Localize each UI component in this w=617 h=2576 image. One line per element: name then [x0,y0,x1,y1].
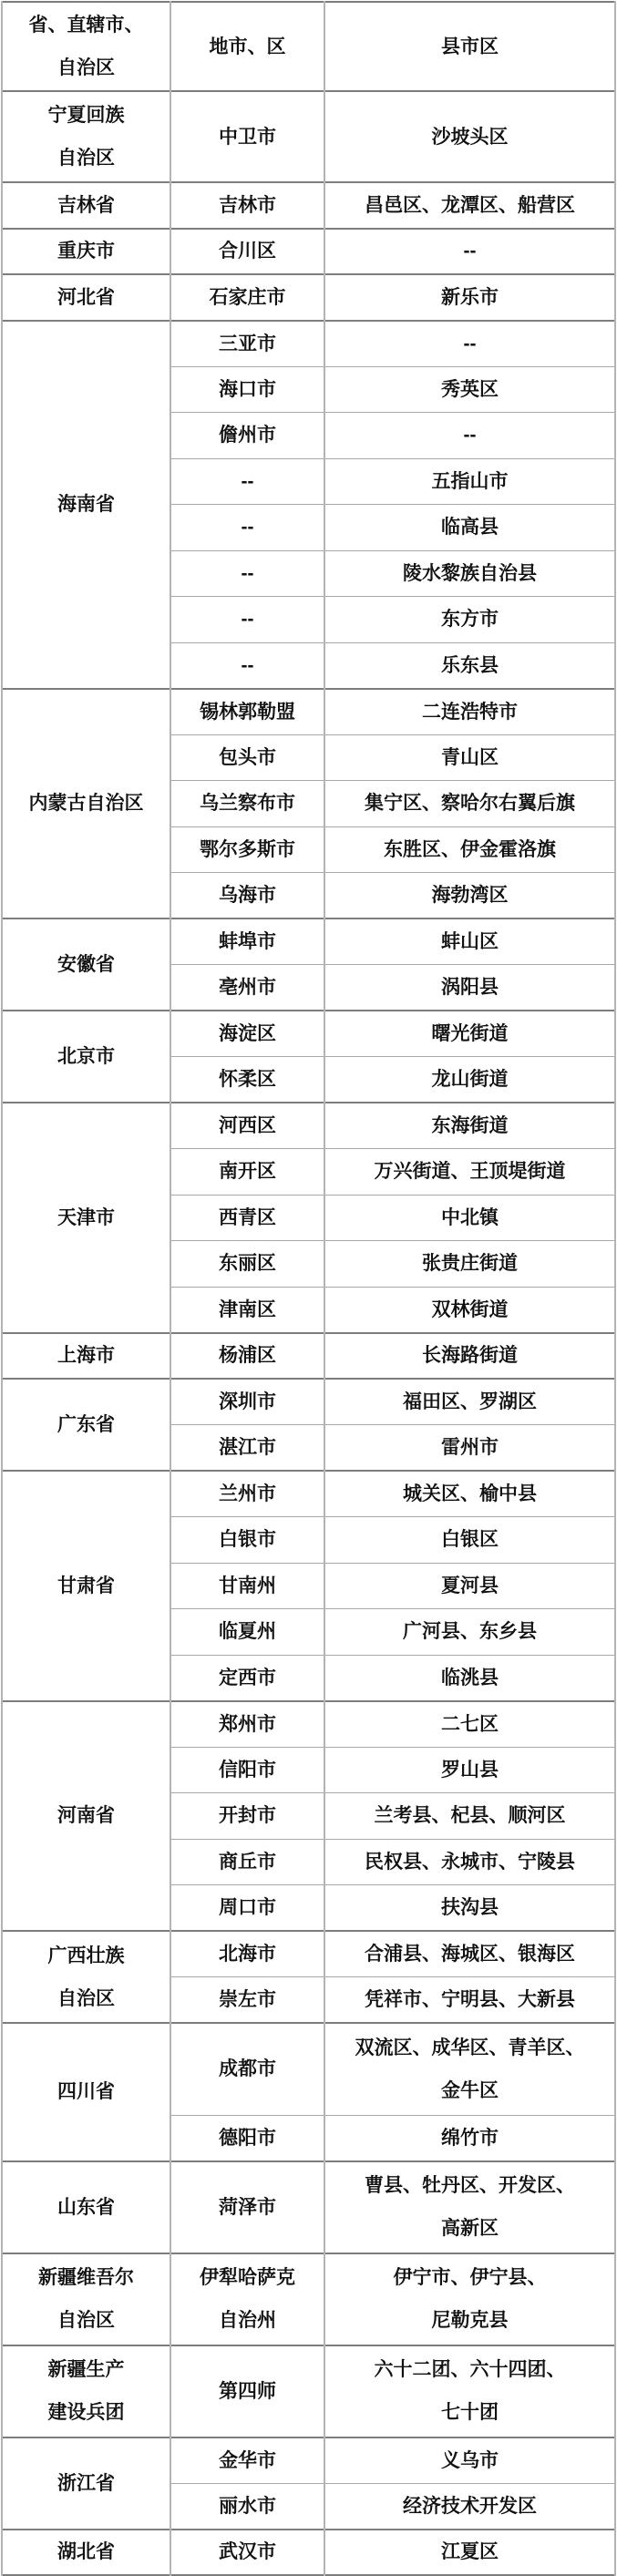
county-cell: 凭祥市、宁明县、大新县 [324,1977,615,2024]
county-cell: 临洮县 [324,1655,615,1701]
table-row: 四川省 成都市 双流区、成华区、青羊区、 金牛区 [2,2023,615,2115]
county-cell: 东海街道 [324,1103,615,1149]
county-cell: 新乐市 [324,274,615,321]
county-cell: 经济技术开发区 [324,2483,615,2530]
county-cell: 罗山县 [324,1747,615,1793]
city-cell: 第四师 [170,2345,324,2437]
city-cell: 石家庄市 [170,274,324,321]
county-cell: 龙山街道 [324,1057,615,1103]
city-cell: -- [170,642,324,689]
county-cell: 集宁区、察哈尔右翼后旗 [324,781,615,827]
table-row: 山东省 菏泽市 曹县、牡丹区、开发区、 高新区 [2,2161,615,2253]
county-cell: 曹县、牡丹区、开发区、 高新区 [324,2161,615,2253]
city-cell: 儋州市 [170,413,324,459]
city-cell: 北海市 [170,1931,324,1977]
county-cell: 东胜区、伊金霍洛旗 [324,826,615,873]
city-cell: 信阳市 [170,1747,324,1793]
county-cell: 白银区 [324,1517,615,1564]
province-cell: 内蒙古自治区 [2,689,170,919]
county-cell: 民权县、永城市、宁陵县 [324,1839,615,1885]
city-cell: 南开区 [170,1149,324,1196]
county-cell: 万兴街道、王顶堤街道 [324,1149,615,1196]
county-cell: 沙坡头区 [324,91,615,182]
county-cell: 伊宁市、伊宁县、 尼勒克县 [324,2253,615,2345]
county-cell: 乐东县 [324,642,615,689]
city-cell: 杨浦区 [170,1333,324,1380]
header-county: 县市区 [324,2,615,91]
city-cell: -- [170,505,324,551]
city-cell: 湛江市 [170,1425,324,1472]
province-cell: 湖北省 [2,2530,170,2576]
city-cell: 成都市 [170,2023,324,2115]
table-row: 新疆维吾尔 自治区 伊犁哈萨克 自治州 伊宁市、伊宁县、 尼勒克县 [2,2253,615,2345]
county-cell: 张贵庄街道 [324,1241,615,1288]
city-cell: 丽水市 [170,2483,324,2530]
city-cell: 海口市 [170,366,324,413]
table-row: 重庆市 合川区 -- [2,229,615,275]
county-cell: 城关区、榆中县 [324,1471,615,1517]
table-row: 上海市 杨浦区 长海路街道 [2,1333,615,1380]
county-cell: 东方市 [324,597,615,643]
city-cell: -- [170,597,324,643]
province-cell: 安徽省 [2,919,170,1011]
province-cell: 上海市 [2,1333,170,1380]
county-cell: 秀英区 [324,366,615,413]
city-cell: 亳州市 [170,965,324,1011]
city-cell: 开封市 [170,1793,324,1840]
city-cell: 崇左市 [170,1977,324,2024]
county-cell: 雷州市 [324,1425,615,1472]
province-cell: 海南省 [2,321,170,689]
county-cell: 夏河县 [324,1563,615,1609]
city-cell: 白银市 [170,1517,324,1564]
admin-region-table: 省、直辖市、 自治区 地市、区 县市区 宁夏回族 自治区 中卫市 沙坡头区 吉林… [1,1,616,2576]
county-cell: -- [324,229,615,275]
city-cell: 海淀区 [170,1011,324,1057]
city-cell: 菏泽市 [170,2161,324,2253]
header-city: 地市、区 [170,2,324,91]
province-cell: 宁夏回族 自治区 [2,91,170,182]
province-cell: 广西壮族 自治区 [2,1931,170,2023]
province-cell: 北京市 [2,1011,170,1103]
county-cell: 合浦县、海城区、银海区 [324,1931,615,1977]
city-cell: 武汉市 [170,2530,324,2576]
county-cell: 长海路街道 [324,1333,615,1380]
county-cell: 义乌市 [324,2437,615,2484]
county-cell: 青山区 [324,734,615,781]
city-cell: 定西市 [170,1655,324,1701]
county-cell: 蚌山区 [324,919,615,965]
city-cell: 锡林郭勒盟 [170,689,324,735]
table-row: 内蒙古自治区 锡林郭勒盟 二连浩特市 [2,689,615,735]
table-row: 海南省 三亚市 -- [2,321,615,367]
county-cell: 福田区、罗湖区 [324,1379,615,1425]
table-row: 河南省 郑州市 二七区 [2,1701,615,1748]
city-cell: 德阳市 [170,2115,324,2161]
table-row: 湖北省 武汉市 江夏区 [2,2530,615,2576]
province-cell: 浙江省 [2,2437,170,2530]
province-cell: 天津市 [2,1103,170,1333]
table-row: 甘肃省 兰州市 城关区、榆中县 [2,1471,615,1517]
province-cell: 广东省 [2,1379,170,1471]
province-cell: 山东省 [2,2161,170,2253]
city-cell: 蚌埠市 [170,919,324,965]
city-cell: 乌兰察布市 [170,781,324,827]
county-cell: 涡阳县 [324,965,615,1011]
county-cell: 昌邑区、龙潭区、船营区 [324,182,615,229]
county-cell: 陵水黎族自治县 [324,550,615,597]
county-cell: 六十二团、六十四团、 七十团 [324,2345,615,2437]
city-cell: 东丽区 [170,1241,324,1288]
county-cell: 曙光街道 [324,1011,615,1057]
city-cell: 临夏州 [170,1609,324,1656]
county-cell: 绵竹市 [324,2115,615,2161]
city-cell: 三亚市 [170,321,324,367]
table-row: 安徽省 蚌埠市 蚌山区 [2,919,615,965]
city-cell: 商丘市 [170,1839,324,1885]
table-row: 宁夏回族 自治区 中卫市 沙坡头区 [2,91,615,182]
province-cell: 河北省 [2,274,170,321]
province-cell: 甘肃省 [2,1471,170,1701]
county-cell: -- [324,413,615,459]
province-cell: 四川省 [2,2023,170,2161]
province-cell: 重庆市 [2,229,170,275]
county-cell: 双林街道 [324,1287,615,1333]
city-cell: 河西区 [170,1103,324,1149]
header-province: 省、直辖市、 自治区 [2,2,170,91]
table-row: 新疆生产 建设兵团 第四师 六十二团、六十四团、 七十团 [2,2345,615,2437]
city-cell: 合川区 [170,229,324,275]
city-cell: -- [170,458,324,505]
table-row: 吉林省 吉林市 昌邑区、龙潭区、船营区 [2,182,615,229]
city-cell: 鄂尔多斯市 [170,826,324,873]
county-cell: 五指山市 [324,458,615,505]
province-cell: 河南省 [2,1701,170,1932]
city-cell: 郑州市 [170,1701,324,1748]
county-cell: 广河县、东乡县 [324,1609,615,1656]
table-row: 浙江省 金华市 义乌市 [2,2437,615,2484]
county-cell: 兰考县、杞县、顺河区 [324,1793,615,1840]
county-cell: 海勃湾区 [324,873,615,919]
table-row: 河北省 石家庄市 新乐市 [2,274,615,321]
city-cell: 中卫市 [170,91,324,182]
county-cell: 二七区 [324,1701,615,1748]
county-cell: 扶沟县 [324,1885,615,1932]
city-cell: 怀柔区 [170,1057,324,1103]
table-row: 天津市 河西区 东海街道 [2,1103,615,1149]
city-cell: 金华市 [170,2437,324,2484]
city-cell: 深圳市 [170,1379,324,1425]
county-cell: 临高县 [324,505,615,551]
header-row: 省、直辖市、 自治区 地市、区 县市区 [2,2,615,91]
city-cell: 周口市 [170,1885,324,1932]
table-row: 广西壮族 自治区 北海市 合浦县、海城区、银海区 [2,1931,615,1977]
province-cell: 吉林省 [2,182,170,229]
city-cell: 乌海市 [170,873,324,919]
province-cell: 新疆维吾尔 自治区 [2,2253,170,2345]
county-cell: 双流区、成华区、青羊区、 金牛区 [324,2023,615,2115]
city-cell: 津南区 [170,1287,324,1333]
county-cell: 中北镇 [324,1195,615,1241]
province-cell: 新疆生产 建设兵团 [2,2345,170,2437]
county-cell: 江夏区 [324,2530,615,2576]
city-cell: 兰州市 [170,1471,324,1517]
city-cell: 伊犁哈萨克 自治州 [170,2253,324,2345]
city-cell: 包头市 [170,734,324,781]
city-cell: 甘南州 [170,1563,324,1609]
county-cell: 二连浩特市 [324,689,615,735]
city-cell: -- [170,550,324,597]
county-cell: -- [324,321,615,367]
table-row: 北京市 海淀区 曙光街道 [2,1011,615,1057]
table-row: 广东省 深圳市 福田区、罗湖区 [2,1379,615,1425]
city-cell: 吉林市 [170,182,324,229]
city-cell: 西青区 [170,1195,324,1241]
